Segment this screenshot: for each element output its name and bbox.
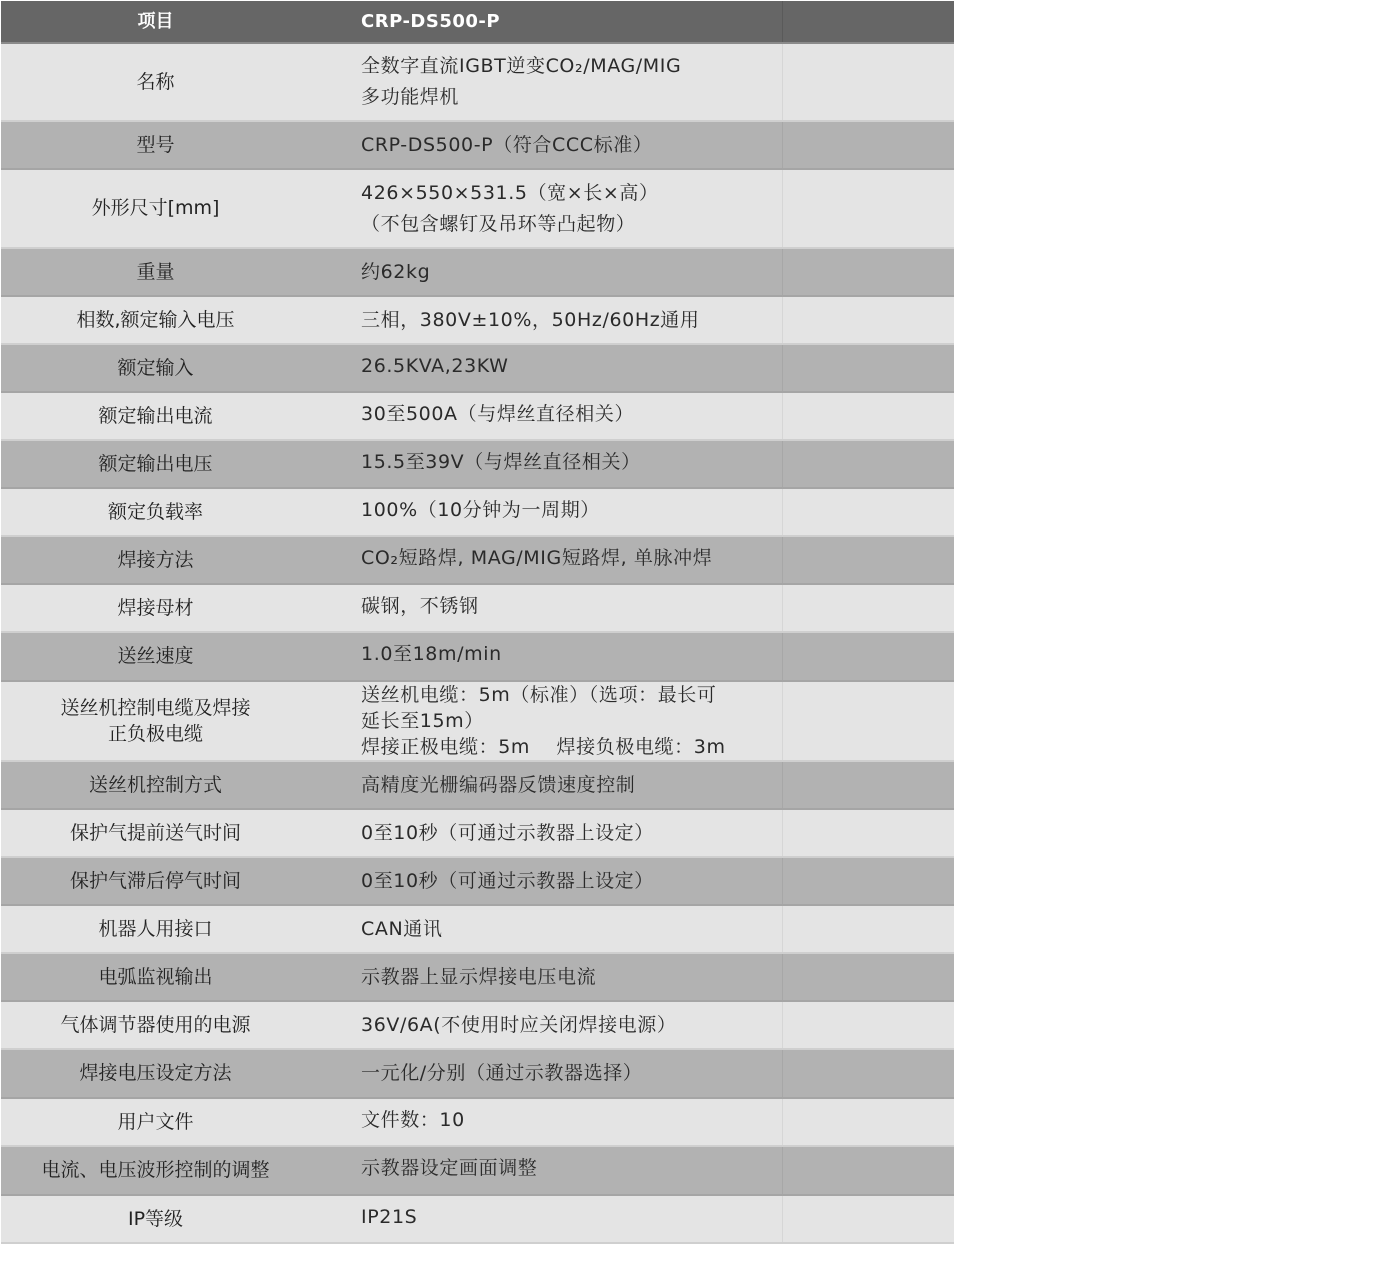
table-row-model: 型号 CRP-DS500-P（符合CCC标准）: [1, 121, 954, 169]
empty-cell: [782, 440, 954, 488]
value-line: 三相，380V±10%，50Hz/60Hz通用: [361, 305, 782, 336]
row-label: 送丝机控制方式: [1, 761, 310, 809]
empty-cell: [782, 857, 954, 905]
empty-cell: [782, 953, 954, 1001]
empty-cell: [782, 43, 954, 121]
table-row-ip-rating: IP等级 IP21S: [1, 1195, 954, 1243]
row-label: 焊接电压设定方法: [1, 1049, 310, 1098]
row-value: 0至10秒（可通过示教器上设定）: [310, 809, 782, 857]
row-label: 外形尺寸[mm]: [1, 169, 310, 248]
table-row-output-current: 额定输出电流 30至500A（与焊丝直径相关）: [1, 392, 954, 440]
table-row-weight: 重量 约62kg: [1, 248, 954, 296]
label-line: 送丝机控制电缆及焊接: [1, 695, 310, 721]
table-row-user-files: 用户文件 文件数：10: [1, 1098, 954, 1146]
table-row-post-flow: 保护气滞后停气时间 0至10秒（可通过示教器上设定）: [1, 857, 954, 905]
row-label: 用户文件: [1, 1098, 310, 1146]
value-line: 文件数：10: [361, 1105, 782, 1136]
empty-cell: [782, 488, 954, 536]
empty-cell: [782, 344, 954, 392]
row-value: 100%（10分钟为一周期）: [310, 488, 782, 536]
row-label: 焊接方法: [1, 536, 310, 584]
row-value: 0至10秒（可通过示教器上设定）: [310, 857, 782, 905]
row-label: 重量: [1, 248, 310, 296]
row-value: 15.5至39V（与焊丝直径相关）: [310, 440, 782, 488]
empty-cell: [782, 536, 954, 584]
table-row-gas-regulator-power: 气体调节器使用的电源 36V/6A(不使用时应关闭焊接电源）: [1, 1001, 954, 1049]
row-value: 26.5KVA,23KW: [310, 344, 782, 392]
empty-cell: [782, 296, 954, 344]
row-value: 36V/6A(不使用时应关闭焊接电源）: [310, 1001, 782, 1049]
value-line: 送丝机电缆：5m（标准）（选项：最长可: [361, 682, 782, 708]
value-line: 延长至15m）: [361, 708, 782, 734]
empty-cell: [782, 248, 954, 296]
spec-table: 项目 CRP-DS500-P 名称 全数字直流IGBT逆变CO₂/MAG/MIG…: [1, 1, 954, 1244]
row-value: 30至500A（与焊丝直径相关）: [310, 392, 782, 440]
table-row-output-voltage: 额定输出电压 15.5至39V（与焊丝直径相关）: [1, 440, 954, 488]
table-header-row: 项目 CRP-DS500-P: [1, 1, 954, 43]
row-value: 示教器上显示焊接电压电流: [310, 953, 782, 1001]
empty-cell: [782, 169, 954, 248]
row-label: 保护气提前送气时间: [1, 809, 310, 857]
value-line: 426×550×531.5（宽×长×高）: [361, 178, 782, 209]
row-label: 送丝速度: [1, 632, 310, 681]
value-line: 15.5至39V（与焊丝直径相关）: [361, 447, 782, 478]
row-value: 碳钢，不锈钢: [310, 584, 782, 632]
empty-cell: [782, 761, 954, 809]
row-label: 额定输出电压: [1, 440, 310, 488]
empty-cell: [782, 1146, 954, 1195]
empty-cell: [782, 584, 954, 632]
value-line: CAN通讯: [361, 914, 782, 945]
table-row-pre-flow: 保护气提前送气时间 0至10秒（可通过示教器上设定）: [1, 809, 954, 857]
row-label: 电流、电压波形控制的调整: [1, 1146, 310, 1195]
table-row-duty-cycle: 额定负载率 100%（10分钟为一周期）: [1, 488, 954, 536]
row-label: 气体调节器使用的电源: [1, 1001, 310, 1049]
value-line: 示教器上显示焊接电压电流: [361, 962, 782, 993]
value-line: 全数字直流IGBT逆变CO₂/MAG/MIG: [361, 51, 782, 82]
table-row-dimensions: 外形尺寸[mm] 426×550×531.5（宽×长×高） （不包含螺钉及吊环等…: [1, 169, 954, 248]
value-line: 0至10秒（可通过示教器上设定）: [361, 866, 782, 897]
row-value: IP21S: [310, 1195, 782, 1243]
row-label: IP等级: [1, 1195, 310, 1243]
value-line: CRP-DS500-P（符合CCC标准）: [361, 130, 782, 161]
value-line: （不包含螺钉及吊环等凸起物）: [361, 209, 782, 240]
value-line: 1.0至18m/min: [361, 639, 782, 670]
row-value: 1.0至18m/min: [310, 632, 782, 681]
row-value: 一元化/分别（通过示教器选择）: [310, 1049, 782, 1098]
value-line: 焊接正极电缆：5m 焊接负极电缆：3m: [361, 734, 782, 760]
empty-cell: [782, 1098, 954, 1146]
value-line: 一元化/分别（通过示教器选择）: [361, 1058, 782, 1089]
table-row-name: 名称 全数字直流IGBT逆变CO₂/MAG/MIG 多功能焊机: [1, 43, 954, 121]
row-label: 相数,额定输入电压: [1, 296, 310, 344]
row-value: 三相，380V±10%，50Hz/60Hz通用: [310, 296, 782, 344]
row-label: 电弧监视输出: [1, 953, 310, 1001]
row-label: 额定输出电流: [1, 392, 310, 440]
empty-cell: [782, 681, 954, 761]
row-value: 426×550×531.5（宽×长×高） （不包含螺钉及吊环等凸起物）: [310, 169, 782, 248]
value-line: 示教器设定画面调整: [361, 1153, 782, 1184]
table-row-cables: 送丝机控制电缆及焊接 正负极电缆 送丝机电缆：5m（标准）（选项：最长可 延长至…: [1, 681, 954, 761]
value-line: 碳钢，不锈钢: [361, 591, 782, 622]
row-label: 焊接母材: [1, 584, 310, 632]
empty-cell: [782, 905, 954, 953]
value-line: 100%（10分钟为一周期）: [361, 495, 782, 526]
table-row-arc-monitor: 电弧监视输出 示教器上显示焊接电压电流: [1, 953, 954, 1001]
table-row-input-voltage: 相数,额定输入电压 三相，380V±10%，50Hz/60Hz通用: [1, 296, 954, 344]
row-value: 全数字直流IGBT逆变CO₂/MAG/MIG 多功能焊机: [310, 43, 782, 121]
value-line: 高精度光栅编码器反馈速度控制: [361, 770, 782, 801]
value-line: IP21S: [361, 1202, 782, 1233]
value-line: CO₂短路焊, MAG/MIG短路焊, 单脉冲焊: [361, 543, 782, 574]
label-line: 正负极电缆: [1, 721, 310, 747]
row-label: 机器人用接口: [1, 905, 310, 953]
row-value: 示教器设定画面调整: [310, 1146, 782, 1195]
row-label: 名称: [1, 43, 310, 121]
empty-cell: [782, 1001, 954, 1049]
empty-cell: [782, 392, 954, 440]
table-row-rated-input: 额定输入 26.5KVA,23KW: [1, 344, 954, 392]
value-line: 多功能焊机: [361, 82, 782, 113]
row-label: 型号: [1, 121, 310, 169]
header-model: CRP-DS500-P: [310, 1, 782, 43]
header-empty-cell: [782, 1, 954, 43]
header-label: 项目: [1, 1, 310, 43]
empty-cell: [782, 809, 954, 857]
value-line: 30至500A（与焊丝直径相关）: [361, 399, 782, 430]
row-label: 送丝机控制电缆及焊接 正负极电缆: [1, 681, 310, 761]
value-line: 约62kg: [361, 257, 782, 288]
row-value: 高精度光栅编码器反馈速度控制: [310, 761, 782, 809]
row-value: CAN通讯: [310, 905, 782, 953]
table-row-welding-method: 焊接方法 CO₂短路焊, MAG/MIG短路焊, 单脉冲焊: [1, 536, 954, 584]
value-line: 0至10秒（可通过示教器上设定）: [361, 818, 782, 849]
table-row-voltage-setting: 焊接电压设定方法 一元化/分别（通过示教器选择）: [1, 1049, 954, 1098]
empty-cell: [782, 1195, 954, 1243]
row-value: 文件数：10: [310, 1098, 782, 1146]
row-label: 额定输入: [1, 344, 310, 392]
table-row-wire-feed-speed: 送丝速度 1.0至18m/min: [1, 632, 954, 681]
row-value: 送丝机电缆：5m（标准）（选项：最长可 延长至15m） 焊接正极电缆：5m 焊接…: [310, 681, 782, 761]
row-label: 保护气滞后停气时间: [1, 857, 310, 905]
table-row-robot-interface: 机器人用接口 CAN通讯: [1, 905, 954, 953]
row-value: CRP-DS500-P（符合CCC标准）: [310, 121, 782, 169]
row-value: CO₂短路焊, MAG/MIG短路焊, 单脉冲焊: [310, 536, 782, 584]
empty-cell: [782, 632, 954, 681]
value-line: 36V/6A(不使用时应关闭焊接电源）: [361, 1010, 782, 1041]
value-line: 26.5KVA,23KW: [361, 351, 782, 382]
empty-cell: [782, 1049, 954, 1098]
table-row-waveform-adjust: 电流、电压波形控制的调整 示教器设定画面调整: [1, 1146, 954, 1195]
row-label: 额定负载率: [1, 488, 310, 536]
row-value: 约62kg: [310, 248, 782, 296]
empty-cell: [782, 121, 954, 169]
table-row-base-material: 焊接母材 碳钢，不锈钢: [1, 584, 954, 632]
table-row-feeder-control: 送丝机控制方式 高精度光栅编码器反馈速度控制: [1, 761, 954, 809]
